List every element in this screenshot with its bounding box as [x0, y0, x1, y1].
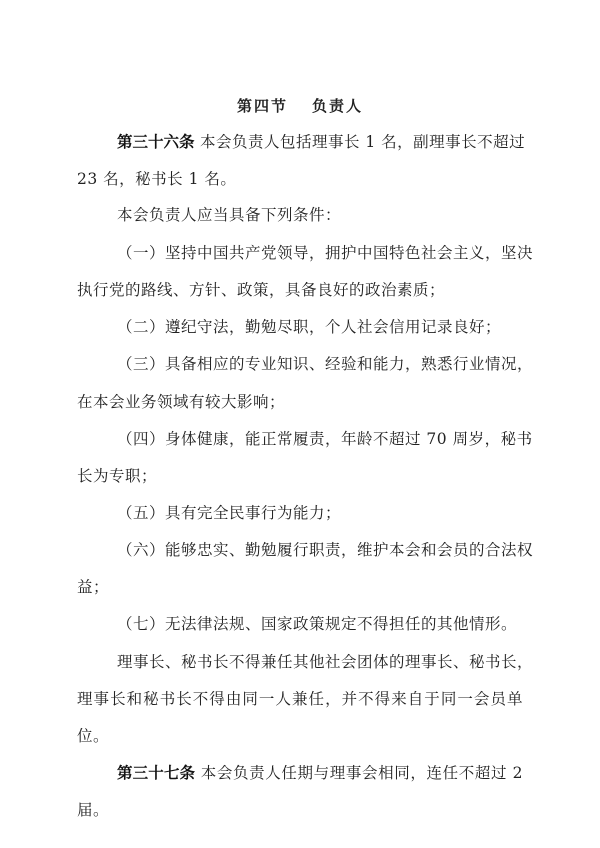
article-36-line-2: 23 名，秘书长 1 名。: [77, 169, 523, 189]
section-number: 第四节: [237, 97, 288, 115]
article-36-line-1: 第三十六条 本会负责人包括理事长 1 名，副理事长不超过: [117, 132, 523, 152]
condition-2: （二）遵纪守法，勤勉尽职，个人社会信用记录良好；: [117, 317, 523, 337]
condition-6-line-2: 益；: [77, 577, 523, 597]
condition-1-line-1: （一）坚持中国共产党领导，拥护中国特色社会主义，坚决: [117, 243, 523, 263]
condition-7: （七）无法律法规、国家政策规定不得担任的其他情形。: [117, 614, 523, 634]
restriction-line-2: 理事长和秘书长不得由同一人兼任，并不得来自于同一会员单: [77, 689, 523, 709]
section-name: 负责人: [312, 97, 363, 115]
restriction-line-3: 位。: [77, 726, 523, 746]
article-37-text: 本会负责人任期与理事会相同，连任不超过 2: [201, 764, 523, 782]
article-36-text: 本会负责人包括理事长 1 名，副理事长不超过: [200, 133, 525, 151]
section-title: 第四节负责人: [0, 95, 600, 116]
condition-3-line-2: 在本会业务领域有较大影响；: [77, 392, 523, 412]
restriction-line-1: 理事长、秘书长不得兼任其他社会团体的理事长、秘书长，: [117, 652, 523, 672]
article-37-line-2: 届。: [77, 800, 523, 820]
condition-6-line-1: （六）能够忠实、勤勉履行职责，维护本会和会员的合法权: [117, 540, 523, 560]
article-37-line-1: 第三十七条 本会负责人任期与理事会相同，连任不超过 2: [117, 763, 523, 783]
article-37-label: 第三十七条: [117, 764, 195, 782]
condition-3-line-1: （三）具备相应的专业知识、经验和能力，熟悉行业情况，: [117, 354, 523, 374]
condition-4-line-2: 长为专职；: [77, 466, 523, 486]
article-36-label: 第三十六条: [117, 133, 195, 151]
condition-5: （五）具有完全民事行为能力；: [117, 503, 523, 523]
conditions-intro: 本会负责人应当具备下列条件：: [117, 205, 523, 225]
condition-1-line-2: 执行党的路线、方针、政策，具备良好的政治素质；: [77, 280, 523, 300]
condition-4-line-1: （四）身体健康，能正常履责，年龄不超过 70 周岁，秘书: [117, 429, 523, 449]
